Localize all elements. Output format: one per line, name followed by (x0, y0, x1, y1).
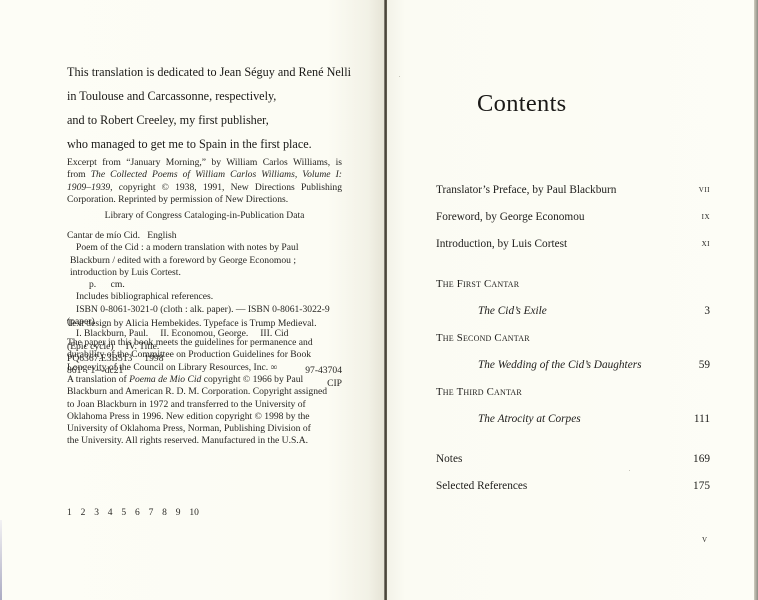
translation-copyright: A translation of Poema de Mio Cid copyri… (67, 374, 342, 448)
toc-entry-wedding[interactable]: The Wedding of the Cid’s Daughters 59 (436, 357, 710, 373)
toc-label: Introduction, by Luis Cortest (436, 236, 567, 252)
dedication-line: This translation is dedicated to Jean Sé… (67, 60, 367, 84)
excerpt-line: Corporation. Reprinted by permission of … (67, 194, 342, 206)
toc-part-label: The First Cantar (436, 276, 519, 292)
toc-label: Translator’s Preface, by Paul Blackburn (436, 182, 616, 198)
toc-entry-notes[interactable]: Notes 169 (436, 451, 710, 467)
toc-page-number: 59 (699, 357, 710, 373)
excerpt-permission: Excerpt from “January Morning,” by Willi… (67, 157, 342, 206)
cip-heading: Library of Congress Cataloging-in-Public… (67, 210, 342, 222)
paper-notice-line: The paper in this book meets the guideli… (67, 337, 342, 349)
excerpt-text: , copyright © 1938, 1991, New Directions… (110, 182, 342, 193)
dedication: This translation is dedicated to Jean Sé… (67, 60, 367, 156)
printing-number: 10 (189, 508, 199, 518)
toc-entry-translators-preface[interactable]: Translator’s Preface, by Paul Blackburn … (436, 182, 710, 198)
paper-notice: The paper in this book meets the guideli… (67, 337, 342, 374)
toc-entry-foreword[interactable]: Foreword, by George Economou ix (436, 209, 710, 225)
toc-label: Notes (436, 451, 462, 467)
right-page-contents (387, 0, 754, 600)
toc-part-label: The Third Cantar (436, 384, 522, 400)
translation-line: the University. All rights reserved. Man… (67, 435, 342, 447)
toc-entry-cids-exile[interactable]: The Cid’s Exile 3 (436, 303, 710, 319)
translation-line: Blackburn and American R. D. M. Corporat… (67, 386, 342, 398)
excerpt-book-title: The Collected Poems of William Carlos Wi… (91, 169, 342, 180)
toc-page-number: 3 (704, 303, 710, 319)
cip-includes: Includes bibliographical references. (67, 291, 342, 303)
paper-speck (399, 76, 400, 77)
toc-label: The Wedding of the Cid’s Daughters (478, 357, 642, 373)
toc-page-number: 169 (693, 451, 710, 467)
translation-line: University of Oklahoma Press, Norman, Pu… (67, 423, 342, 435)
toc-entry-introduction[interactable]: Introduction, by Luis Cortest xi (436, 236, 710, 252)
printing-number: 5 (121, 508, 135, 518)
page-edge (754, 0, 758, 600)
page-edge (0, 520, 2, 600)
cip-pages: p. (89, 279, 96, 290)
toc-label: Foreword, by George Economou (436, 209, 585, 225)
contents-title: Contents (477, 90, 567, 118)
excerpt-book-years: 1909–1939 (67, 182, 110, 193)
toc-page-number: 175 (693, 478, 710, 494)
translation-line: to Joan Blackburn in 1972 and transferre… (67, 399, 342, 411)
cip-collation: p. cm. (67, 279, 342, 291)
printing-number: 1 (67, 508, 81, 518)
cip-main-entry: Cantar de mío Cid. English (67, 230, 342, 242)
page-folio: v (702, 534, 707, 545)
toc-label: Selected References (436, 478, 527, 494)
dedication-line: who managed to get me to Spain in the fi… (67, 132, 367, 156)
paper-notice-line: durability of the Committee on Productio… (67, 349, 342, 361)
printing-number: 9 (176, 508, 190, 518)
cip-uniform-title: Cantar de mío Cid. (67, 230, 140, 241)
translation-line: Oklahoma Press in 1996. New edition copy… (67, 411, 342, 423)
toc-page-number: vii (699, 182, 710, 198)
cip-desc-line: Blackburn / edited with a foreword by Ge… (67, 255, 342, 267)
cip-language: English (147, 230, 176, 241)
toc-page-number: ix (702, 209, 710, 225)
toc-page-number: xi (702, 236, 710, 252)
printing-number: 6 (135, 508, 149, 518)
book-spread: This translation is dedicated to Jean Sé… (0, 0, 758, 600)
toc-part-first-cantar: The First Cantar (436, 276, 710, 292)
dedication-line: and to Robert Creeley, my first publishe… (67, 108, 367, 132)
design-credit: Text design by Alicia Hembekides. Typefa… (67, 318, 342, 330)
printing-number: 8 (162, 508, 176, 518)
printing-number: 2 (81, 508, 95, 518)
excerpt-line: 1909–1939, copyright © 1938, 1991, New D… (67, 182, 342, 194)
toc-part-second-cantar: The Second Cantar (436, 330, 710, 346)
printing-number: 3 (94, 508, 108, 518)
toc-entry-atrocity[interactable]: The Atrocity at Corpes 111 (436, 411, 710, 427)
paper-notice-line: Longevity of the Council on Library Reso… (67, 362, 342, 374)
dedication-line: in Toulouse and Carcassonne, respectivel… (67, 84, 367, 108)
excerpt-text: from (67, 169, 91, 180)
printing-number: 4 (108, 508, 122, 518)
translation-text: copyright © 1966 by Paul (201, 374, 303, 385)
translation-text: A translation of (67, 374, 129, 385)
toc-part-label: The Second Cantar (436, 330, 530, 346)
toc-label: The Atrocity at Corpes (478, 411, 581, 427)
excerpt-line: from The Collected Poems of William Carl… (67, 169, 342, 181)
cip-desc-line: introduction by Luis Cortest. (67, 267, 342, 279)
original-title: Poema de Mio Cid (129, 374, 201, 385)
excerpt-line: Excerpt from “January Morning,” by Willi… (67, 157, 342, 169)
translation-line: A translation of Poema de Mio Cid copyri… (67, 374, 342, 386)
toc-label: The Cid’s Exile (478, 303, 547, 319)
printing-number: 7 (149, 508, 163, 518)
toc-part-third-cantar: The Third Cantar (436, 384, 710, 400)
cip-desc-line: Poem of the Cid : a modern translation w… (67, 242, 342, 254)
cip-isbn: ISBN 0-8061-3021-0 (cloth : alk. paper).… (67, 304, 342, 316)
toc-page-number: 111 (694, 411, 710, 427)
cip-size: cm. (111, 279, 125, 290)
paper-speck (629, 470, 630, 471)
printing-line: 12345678910 (67, 508, 199, 518)
toc-entry-selected-references[interactable]: Selected References 175 (436, 478, 710, 494)
